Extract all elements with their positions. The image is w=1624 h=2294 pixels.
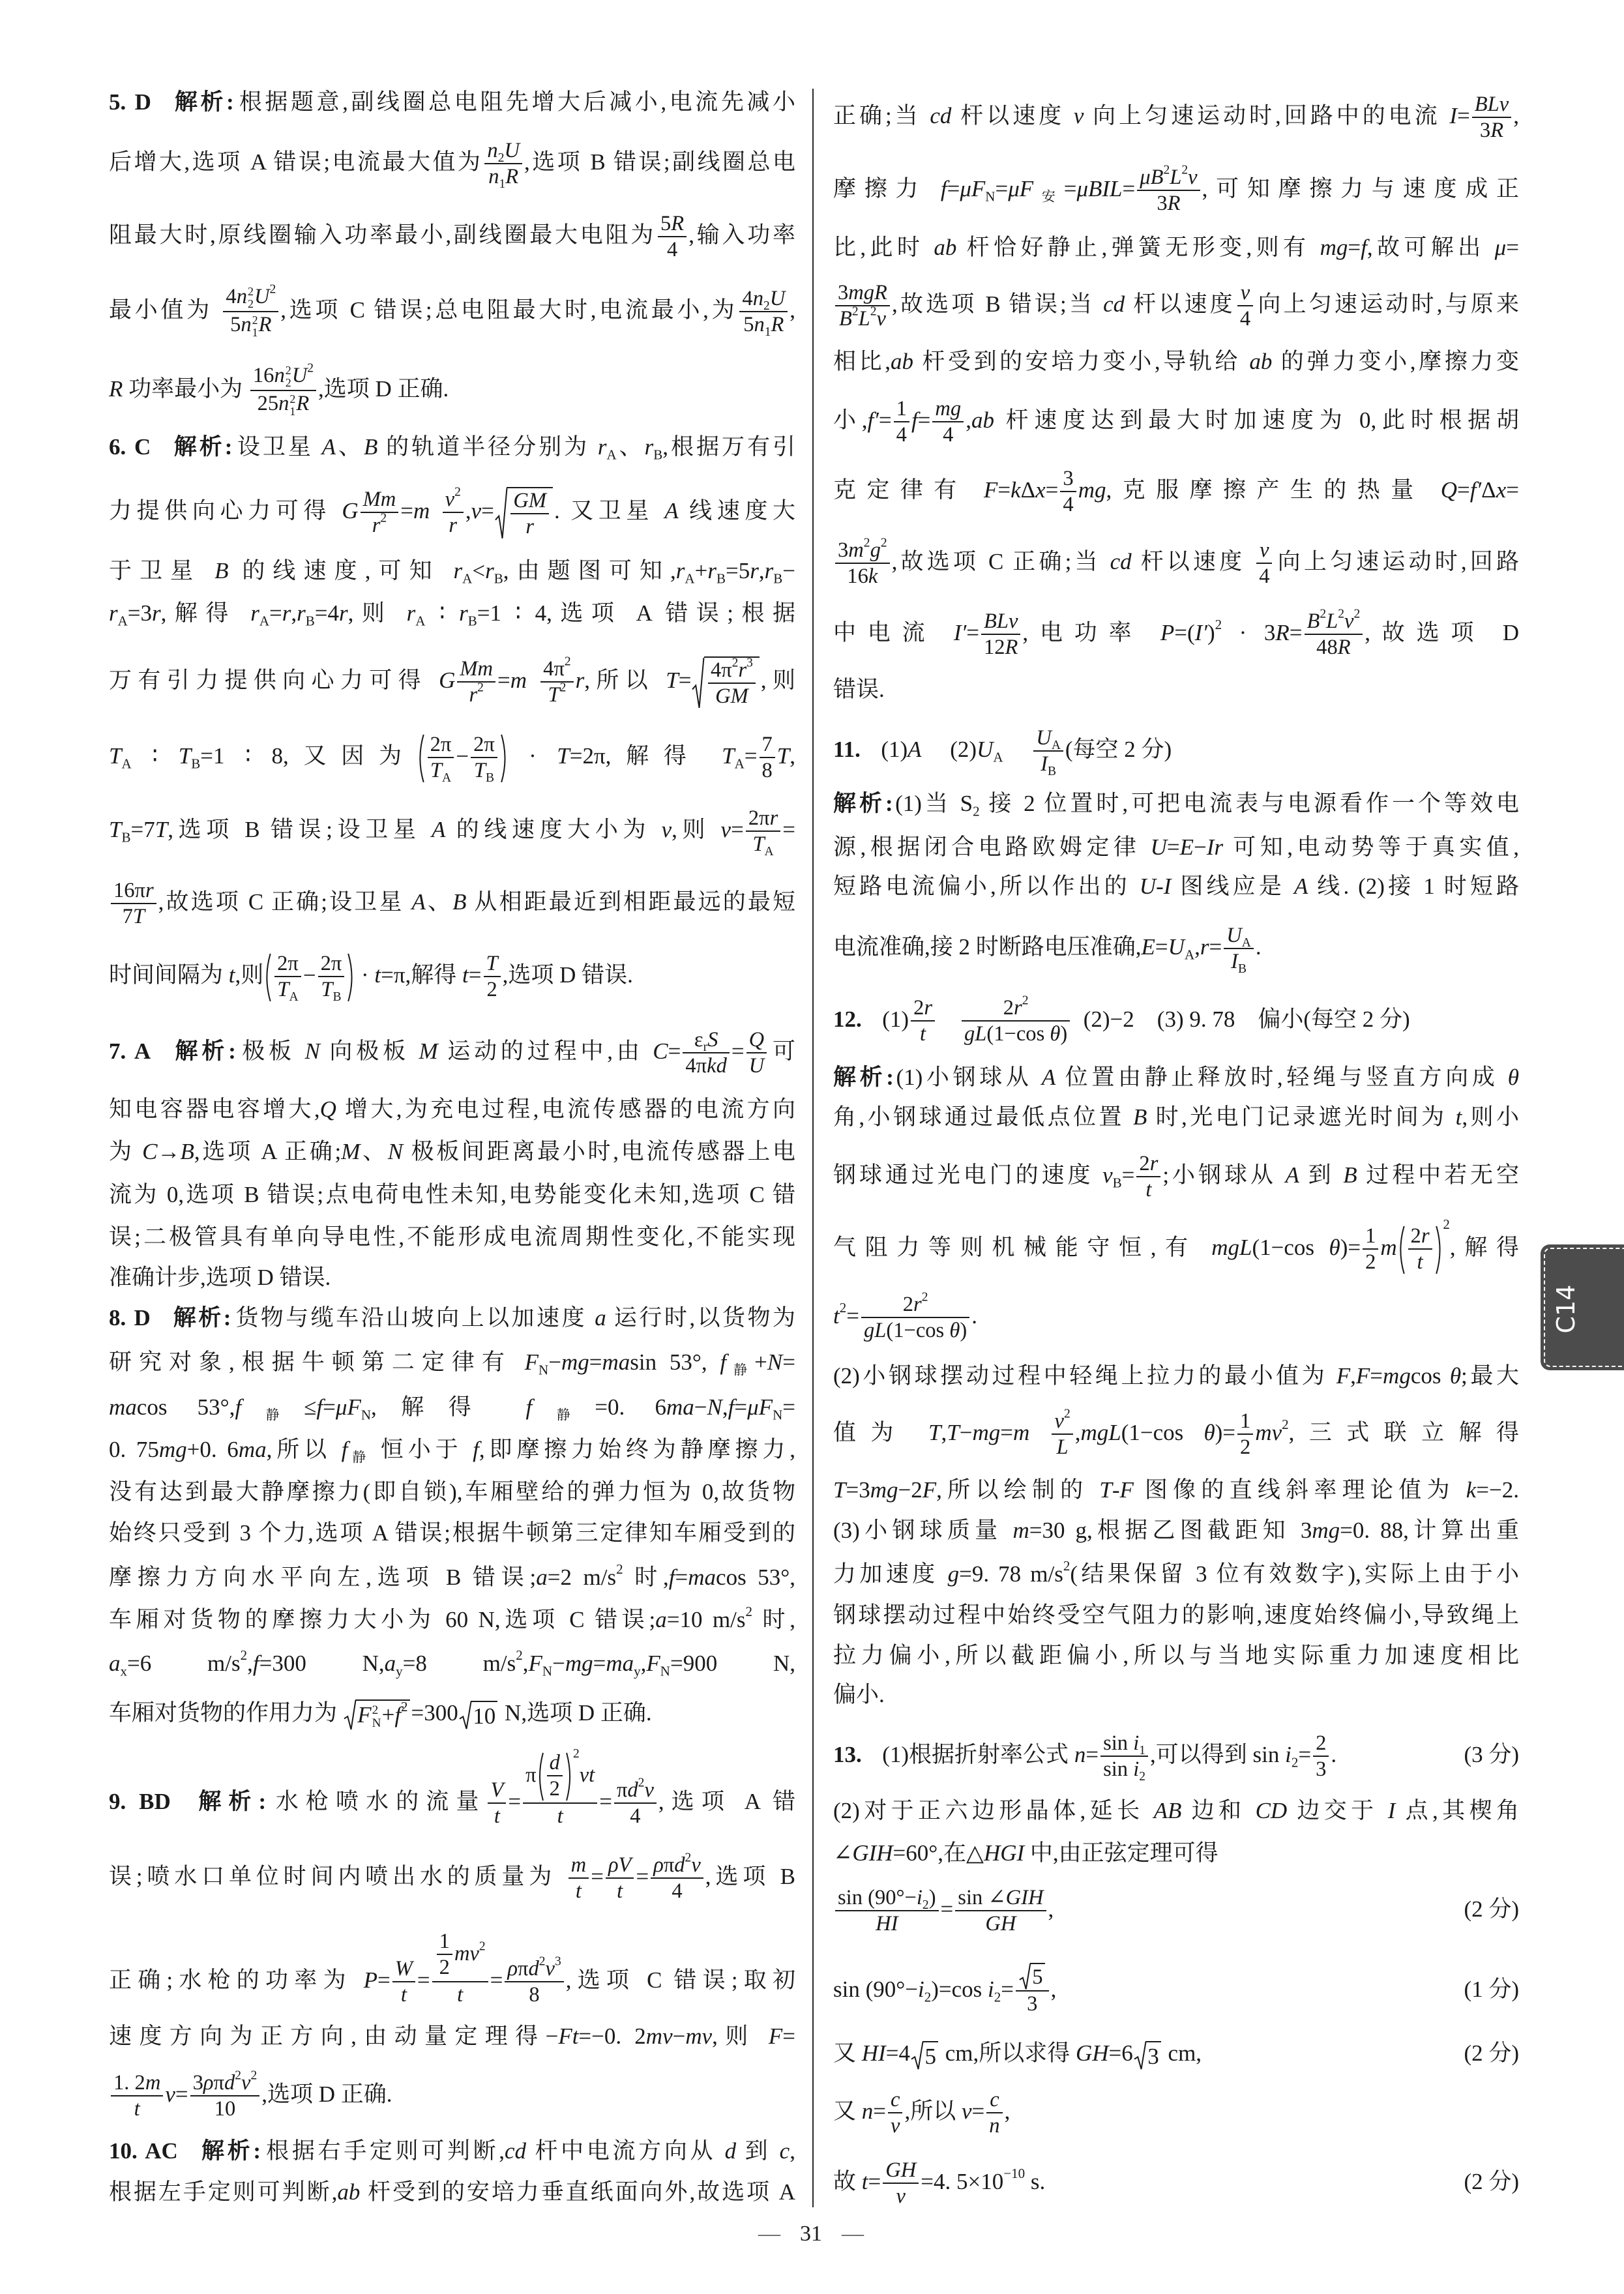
text-run: 1 <box>1365 1224 1376 1248</box>
fraction-numerator: 1 <box>1363 1224 1378 1250</box>
math-variable: r <box>738 658 746 682</box>
radical-sign-icon <box>460 1701 471 1729</box>
math-variable: GH <box>885 2158 916 2182</box>
fraction-numerator: BLv <box>1472 93 1511 118</box>
fraction-numerator: 3 <box>1060 467 1076 492</box>
score-note: (2 分) <box>1464 2117 1519 2247</box>
text-run: = <box>599 1789 612 1814</box>
text-run: ,选项 C 错误;总电阻最大时,电流最小,为 <box>280 297 737 323</box>
text-run: 2π <box>473 733 495 756</box>
question-number: 9. BD <box>109 1789 171 1814</box>
fraction-numerator: 2r <box>1408 1224 1432 1250</box>
math-variable: v <box>644 1778 653 1802</box>
fraction-denominator: 4 <box>651 1879 703 1903</box>
math-variable: t <box>617 1879 623 1903</box>
math-variable: vt <box>580 1763 595 1787</box>
fraction-numerator: 2πr <box>746 806 780 832</box>
radical-sign-icon <box>344 1699 356 1730</box>
radical-sign-icon-shape <box>460 1701 471 1729</box>
subscript: A <box>1242 935 1251 949</box>
superscript: 2 <box>1338 607 1344 621</box>
fraction-denominator: t <box>606 1879 634 1903</box>
text-run: sin (90°− <box>838 1886 917 1909</box>
text-run: 4π <box>711 658 732 682</box>
text-run: 误;喷水口单位时间内喷出水的质量为 <box>109 1864 567 1889</box>
superscript: 2 <box>401 1699 408 1715</box>
text-run: 3 <box>1063 467 1073 490</box>
superscript: 2 <box>235 2068 241 2082</box>
subscript: 2 <box>498 151 505 164</box>
text-run: ,输入功率 <box>688 222 795 248</box>
text-run: 1 <box>896 397 907 420</box>
right-parenthesis-icon <box>566 1752 573 1802</box>
fraction-numerator: n2U <box>484 139 522 164</box>
text-run: 16π <box>113 879 145 902</box>
text-run: · <box>355 962 374 988</box>
fraction-numerator: 4π2r3 <box>708 658 756 684</box>
fraction-numerator: 4n22U2 <box>223 285 278 312</box>
dash-decoration: — <box>842 2222 864 2246</box>
math-variable: U <box>504 139 520 162</box>
superscript: 3 <box>746 656 753 669</box>
math-variable: ρ <box>653 1853 664 1877</box>
fraction-numerator: v <box>1256 538 1272 564</box>
text-run: = <box>941 1896 954 1922</box>
text-run: 4 <box>672 1879 682 1903</box>
subscript: 2 <box>763 299 770 312</box>
fraction-numerator: Mm <box>457 657 495 683</box>
math-variable: n <box>753 287 763 310</box>
left-parenthesis-icon <box>537 1752 544 1802</box>
fraction-numerator: ρπd2v <box>651 1853 703 1879</box>
text-run: 2 <box>1411 1224 1421 1248</box>
radical-sign-icon-path <box>1020 1963 1030 1989</box>
math-variable: f <box>394 1702 401 1728</box>
text-run: + <box>382 1702 395 1728</box>
fraction-numerator: πd2v <box>614 1778 657 1804</box>
text-run: = <box>679 668 692 693</box>
math-variable: m <box>510 668 527 693</box>
text-run: = <box>508 1789 521 1814</box>
text-run: 2π <box>277 952 299 975</box>
text-run: sin ∠ <box>958 1886 1005 1909</box>
math-variable: ab <box>337 2179 360 2205</box>
math-variable: v <box>691 1853 700 1877</box>
radical-sign-icon-path <box>344 1701 356 1730</box>
text-run: π <box>664 1853 674 1877</box>
fraction-denominator: v <box>883 2184 919 2208</box>
text-run: 7 <box>762 733 773 756</box>
text-run: = <box>868 2169 881 2194</box>
fraction-denominator: t <box>568 1879 589 1903</box>
math-variable: U <box>254 285 270 308</box>
dash-decoration: — <box>758 2222 780 2246</box>
fraction-numerator: sin ∠GIH <box>955 1886 1046 1911</box>
text-run: = <box>469 962 482 988</box>
text-run: =300 <box>411 1700 458 1726</box>
square-root: F2N+f2 <box>344 1699 410 1730</box>
fraction-numerator: 7 <box>760 733 775 758</box>
superscript: 2 <box>638 1776 645 1789</box>
fraction-numerator: 5R <box>658 212 687 237</box>
math-variable: c <box>891 2088 900 2111</box>
text-run <box>527 668 539 693</box>
text-run: 5 <box>1032 1965 1042 1989</box>
math-variable: V <box>490 1778 503 1802</box>
math-variable: r <box>1421 1224 1430 1248</box>
superscript: 2 <box>1354 607 1361 621</box>
math-variable: r <box>770 806 778 830</box>
superscript: 2 <box>372 1704 381 1717</box>
superscript: 3 <box>555 1954 561 1968</box>
superscript: 2 <box>269 282 276 296</box>
radical-sign-icon-shape <box>1020 1963 1030 1990</box>
radicand: 5 <box>1030 1963 1044 1990</box>
radicand: 10 <box>471 1701 497 1729</box>
radical-sign-icon-path <box>460 1701 471 1729</box>
fraction: mt <box>568 1853 589 1904</box>
superscript: 2 <box>1181 163 1188 177</box>
text-run: = <box>497 668 510 693</box>
superscript: 2 <box>248 286 254 298</box>
subscript: N <box>372 1717 381 1730</box>
text-run: =4. 5×10 <box>921 2169 1003 2194</box>
text-run: =π,解得 <box>381 962 462 988</box>
fraction-numerator: πd22vt <box>523 1752 597 1804</box>
fraction-numerator: T <box>484 952 501 977</box>
answer-page: 5. D解析:根据题意,副线圈总电阻先增大后减小,电流先减小后增大,选项 A 错… <box>0 0 1624 2294</box>
subscript: 2 <box>248 298 254 310</box>
radical-sign-icon-shape <box>344 1699 356 1730</box>
text-run: π <box>525 1763 536 1787</box>
fraction-numerator: 4n2U <box>739 287 788 312</box>
fraction-numerator: 16πr <box>111 879 156 904</box>
fraction-numerator: d <box>547 1751 563 1776</box>
chapter-tab: C14 <box>1541 1244 1624 1370</box>
text-run: ,则 <box>761 668 795 693</box>
math-variable: n <box>237 285 247 308</box>
fraction-numerator: c <box>986 2088 1002 2113</box>
text-run: , <box>1048 1896 1054 1922</box>
text-run: 10 <box>473 1703 495 1729</box>
radical-sign-icon <box>1020 1963 1030 1990</box>
text-run: = <box>636 1864 649 1889</box>
superscript: 2 <box>573 1747 580 1761</box>
superscript: 2 <box>1320 607 1326 621</box>
text-run: π <box>617 1778 627 1802</box>
superscript: 2 <box>479 1939 486 1953</box>
math-variable: t <box>462 962 469 988</box>
math-variable: m <box>848 538 864 562</box>
text-run: 4 <box>226 285 236 308</box>
fraction: ρVt <box>606 1853 634 1904</box>
math-variable: t <box>374 962 381 988</box>
fraction-numerator: c <box>888 2088 902 2113</box>
text-run: − <box>303 962 316 988</box>
subscript-superscript: 2N <box>372 1704 381 1730</box>
radicand: F2N+f2 <box>355 1699 409 1730</box>
subscript: 2 <box>923 1898 929 1911</box>
math-variable: G <box>439 668 455 693</box>
text-run: ,选项 D 错误. <box>503 962 633 988</box>
math-variable: n <box>487 139 497 162</box>
superscript: 2 <box>1064 1407 1070 1420</box>
chapter-tab-label: C14 <box>1554 1285 1578 1334</box>
math-variable: ρV <box>608 1853 632 1877</box>
math-variable: v <box>1260 538 1269 562</box>
fraction-numerator: 3m2g2 <box>835 538 890 564</box>
text-run: 车厢对货物的作用力为 <box>109 1700 343 1726</box>
page-number: 31 <box>800 2222 822 2246</box>
superscript: 2 <box>864 536 870 550</box>
analysis-label: 解析: <box>191 1789 266 1814</box>
left-parenthesis-icon-shape <box>537 1752 544 1802</box>
right-parenthesis-icon-path <box>567 1753 570 1801</box>
fraction-numerator: 2π <box>428 733 454 758</box>
text-run: ,所以 <box>584 668 666 693</box>
column-divider <box>812 89 814 2207</box>
fraction: d2 <box>547 1751 563 1801</box>
math-variable: R <box>671 212 684 235</box>
text-run: 1 <box>439 1930 450 1953</box>
fraction: GHv <box>883 2158 919 2209</box>
text-run: 故 <box>833 2169 862 2194</box>
text-run: ) <box>929 1886 936 1909</box>
text-run: 万有引力提供向心力可得 <box>109 668 439 693</box>
math-variable: g <box>870 538 881 562</box>
fraction-numerator: ρV <box>606 1853 634 1879</box>
fraction-numerator: sin (90°−i2) <box>835 1886 939 1911</box>
superscript: 2 <box>732 656 739 669</box>
math-variable: i <box>917 1886 923 1909</box>
math-variable: t <box>576 1879 582 1903</box>
superscript: 2 <box>1443 1216 1450 1232</box>
fraction-numerator: V <box>488 1778 506 1804</box>
fraction-numerator: 2π <box>471 733 497 758</box>
fraction-numerator: GH <box>883 2158 919 2184</box>
text-run: = <box>591 1864 604 1889</box>
page-number-footer: —31— <box>681 2218 941 2250</box>
superscript: 2 <box>565 654 571 668</box>
math-variable: d <box>627 1778 638 1802</box>
text-run: 最小值为 <box>109 297 221 323</box>
square-root: 5 <box>1020 1963 1045 1990</box>
math-variable: t <box>229 962 235 988</box>
math-variable: T <box>666 668 678 693</box>
parenthesized-group: d2 <box>537 1752 573 1802</box>
math-variable: F <box>357 1702 371 1728</box>
fraction-numerator: UA <box>1224 924 1254 949</box>
math-variable: r <box>576 668 585 693</box>
math-variable: U <box>770 287 786 310</box>
math-variable: m <box>571 1853 587 1877</box>
fraction-denominator: 2 <box>547 1776 563 1801</box>
left-parenthesis-icon-path <box>540 1753 543 1801</box>
math-variable: c <box>990 2088 999 2111</box>
text-run: 杆受到的安培力垂直纸面向外,故选项 A <box>360 2179 795 2205</box>
text-run: 2 <box>550 1777 560 1801</box>
text-run: 4π <box>543 657 565 681</box>
right-parenthesis-icon-shape <box>566 1752 573 1802</box>
text-run: 2π <box>430 733 452 756</box>
text-run: 阻最大时,原线圈输入功率最小,副线圈最大电阻为 <box>109 222 656 248</box>
math-variable: mv <box>454 1942 479 1965</box>
fraction-numerator: 1 <box>437 1930 452 1955</box>
superscript: 2 <box>250 2068 257 2082</box>
text-run: 4 <box>742 287 752 310</box>
fraction-numerator: 1 <box>894 397 909 422</box>
text-run: 5 <box>660 212 671 235</box>
fraction: ρπd2v4 <box>651 1853 703 1904</box>
text-run: , <box>790 297 795 323</box>
parenthesis-content: d2 <box>544 1752 566 1802</box>
text-run: 时间间隔为 <box>109 962 229 988</box>
math-variable: d <box>550 1751 560 1774</box>
superscript: 2 <box>539 1954 546 1968</box>
superscript: 2 <box>881 536 887 550</box>
text-run: ,选项 A 错 <box>658 1789 795 1814</box>
text-run: s. <box>1025 2169 1045 2194</box>
math-variable: d <box>674 1853 685 1877</box>
fraction-numerator: 2π <box>274 952 301 977</box>
math-variable: T <box>486 952 498 975</box>
superscript: 2 <box>1022 993 1029 1007</box>
text-run: 2π <box>748 806 770 830</box>
math-variable: GIH <box>1006 1886 1044 1909</box>
subscript-superscript: 22 <box>248 286 254 310</box>
superscript: 2 <box>454 485 461 499</box>
math-variable: BLv <box>1475 93 1509 116</box>
superscript: −10 <box>1003 2166 1025 2181</box>
text-run: 2 <box>1139 1152 1149 1175</box>
math-variable: r <box>1150 1152 1159 1175</box>
square-root: 10 <box>460 1701 498 1729</box>
text-run: 3 <box>838 538 848 562</box>
text-run: N,选项 D 正确. <box>499 1700 651 1726</box>
fraction-numerator: 2r <box>1136 1152 1160 1177</box>
math-variable: t <box>862 2169 868 2194</box>
math-variable: Mm <box>460 657 493 681</box>
math-variable: v <box>896 2184 906 2208</box>
text-run: ,选项 B <box>705 1864 795 1889</box>
superscript: 2 <box>307 361 314 375</box>
fraction-numerator: mg <box>932 397 964 422</box>
text-run: 水枪喷水的流量 <box>269 1789 486 1814</box>
math-variable: mg <box>935 397 961 420</box>
superscript: 2 <box>685 1851 692 1864</box>
text-run: 根据左手定则可判断, <box>109 2179 337 2205</box>
math-variable: r <box>145 879 154 902</box>
fraction-numerator: 2π <box>318 952 345 977</box>
math-variable: U <box>1226 924 1242 947</box>
fraction-numerator: m <box>568 1853 589 1879</box>
superscript: 2 <box>922 1290 928 1304</box>
text-run: 2π <box>321 952 342 975</box>
fraction-numerator: 4π2 <box>540 657 573 683</box>
superscript: 2 <box>286 364 291 377</box>
text-run: ,则 <box>235 962 264 988</box>
superscript: 2 <box>1163 163 1170 177</box>
fraction-numerator: 5 <box>1016 1963 1049 1992</box>
